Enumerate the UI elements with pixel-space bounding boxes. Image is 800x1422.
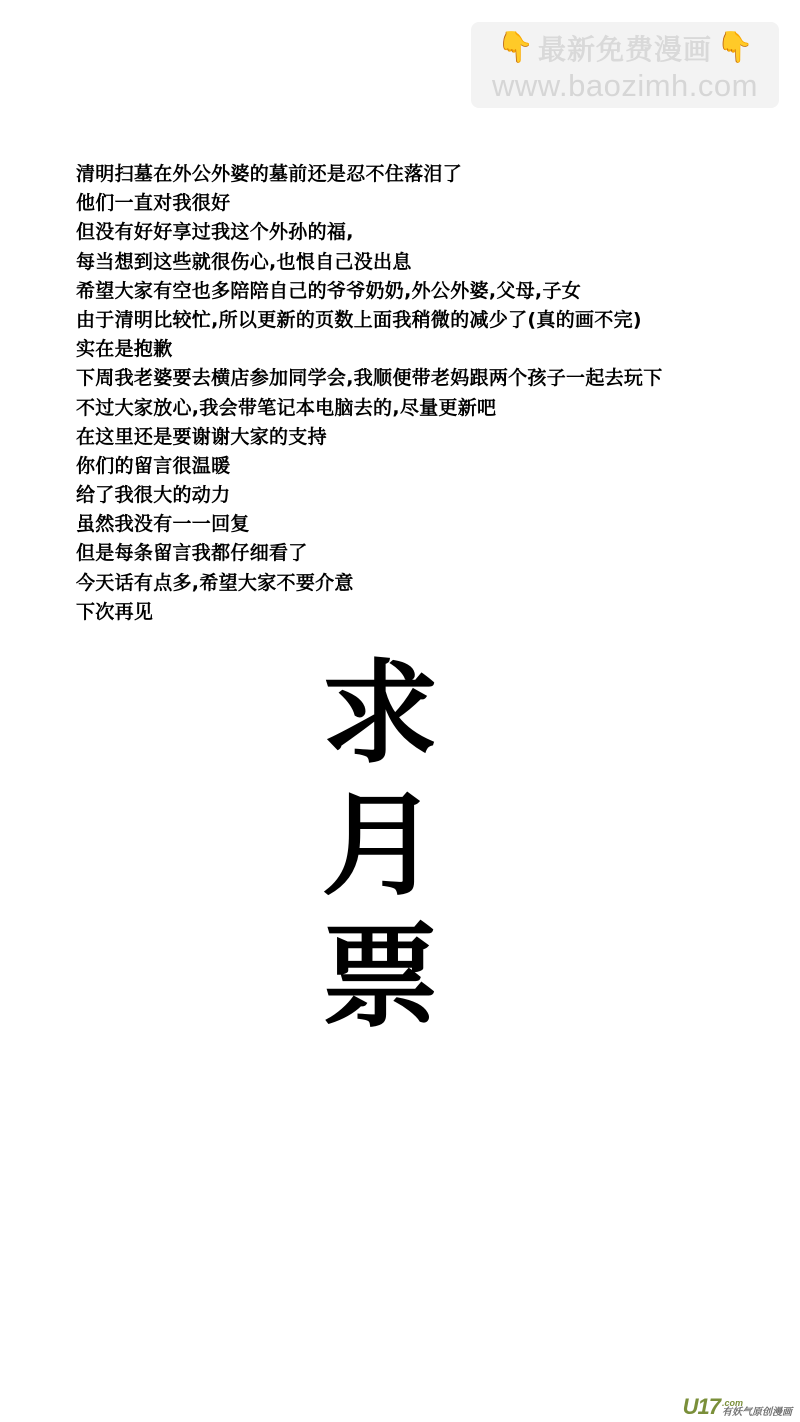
message-line: 今天话有点多,希望大家不要介意 (76, 569, 663, 598)
message-line: 在这里还是要谢谢大家的支持 (76, 423, 663, 452)
logo-slogan: 有妖气原创漫画 (722, 1408, 792, 1418)
message-line: 每当想到这些就很伤心,也恨自己没出息 (76, 248, 663, 277)
message-line: 给了我很大的动力 (76, 481, 663, 510)
message-line: 但是每条留言我都仔细看了 (76, 539, 663, 568)
pointing-down-hand-icon: 👇 (716, 33, 753, 63)
logo-text-group: .com 有妖气原创漫画 (722, 1399, 792, 1418)
watermark-title-row: 👇 最新免费漫画 👇 (471, 28, 779, 68)
calligraphy-char: 求 (321, 648, 439, 780)
watermark-banner: 👇 最新免费漫画 👇 www.baozimh.com (471, 22, 779, 108)
author-message: 清明扫墓在外公外婆的墓前还是忍不住落泪了 他们一直对我很好 但没有好好享过我这个… (76, 160, 663, 627)
calligraphy-char: 票 (321, 912, 439, 1044)
pointing-down-hand-icon: 👇 (497, 33, 534, 63)
message-line: 但没有好好享过我这个外孙的福, (76, 218, 663, 247)
calligraphy-char: 月 (321, 780, 439, 912)
message-line: 不过大家放心,我会带笔记本电脑去的,尽量更新吧 (76, 394, 663, 423)
message-line: 实在是抱歉 (76, 335, 663, 364)
watermark-title: 最新免费漫画 (538, 28, 712, 68)
logo-main: U17 (683, 1396, 720, 1418)
message-line: 下周我老婆要去横店参加同学会,我顺便带老妈跟两个孩子一起去玩下 (76, 364, 663, 393)
message-line: 希望大家有空也多陪陪自己的爷爷奶奶,外公外婆,父母,子女 (76, 277, 663, 306)
message-line: 清明扫墓在外公外婆的墓前还是忍不住落泪了 (76, 160, 663, 189)
monthly-ticket-request: 求 月 票 (300, 648, 460, 1044)
message-line: 虽然我没有一一回复 (76, 510, 663, 539)
watermark-url: www.baozimh.com (471, 68, 779, 104)
u17-logo: U17 .com 有妖气原创漫画 (683, 1396, 792, 1418)
message-line: 由于清明比较忙,所以更新的页数上面我稍微的减少了(真的画不完) (76, 306, 663, 335)
message-line: 他们一直对我很好 (76, 189, 663, 218)
message-line: 你们的留言很温暖 (76, 452, 663, 481)
message-line: 下次再见 (76, 598, 663, 627)
